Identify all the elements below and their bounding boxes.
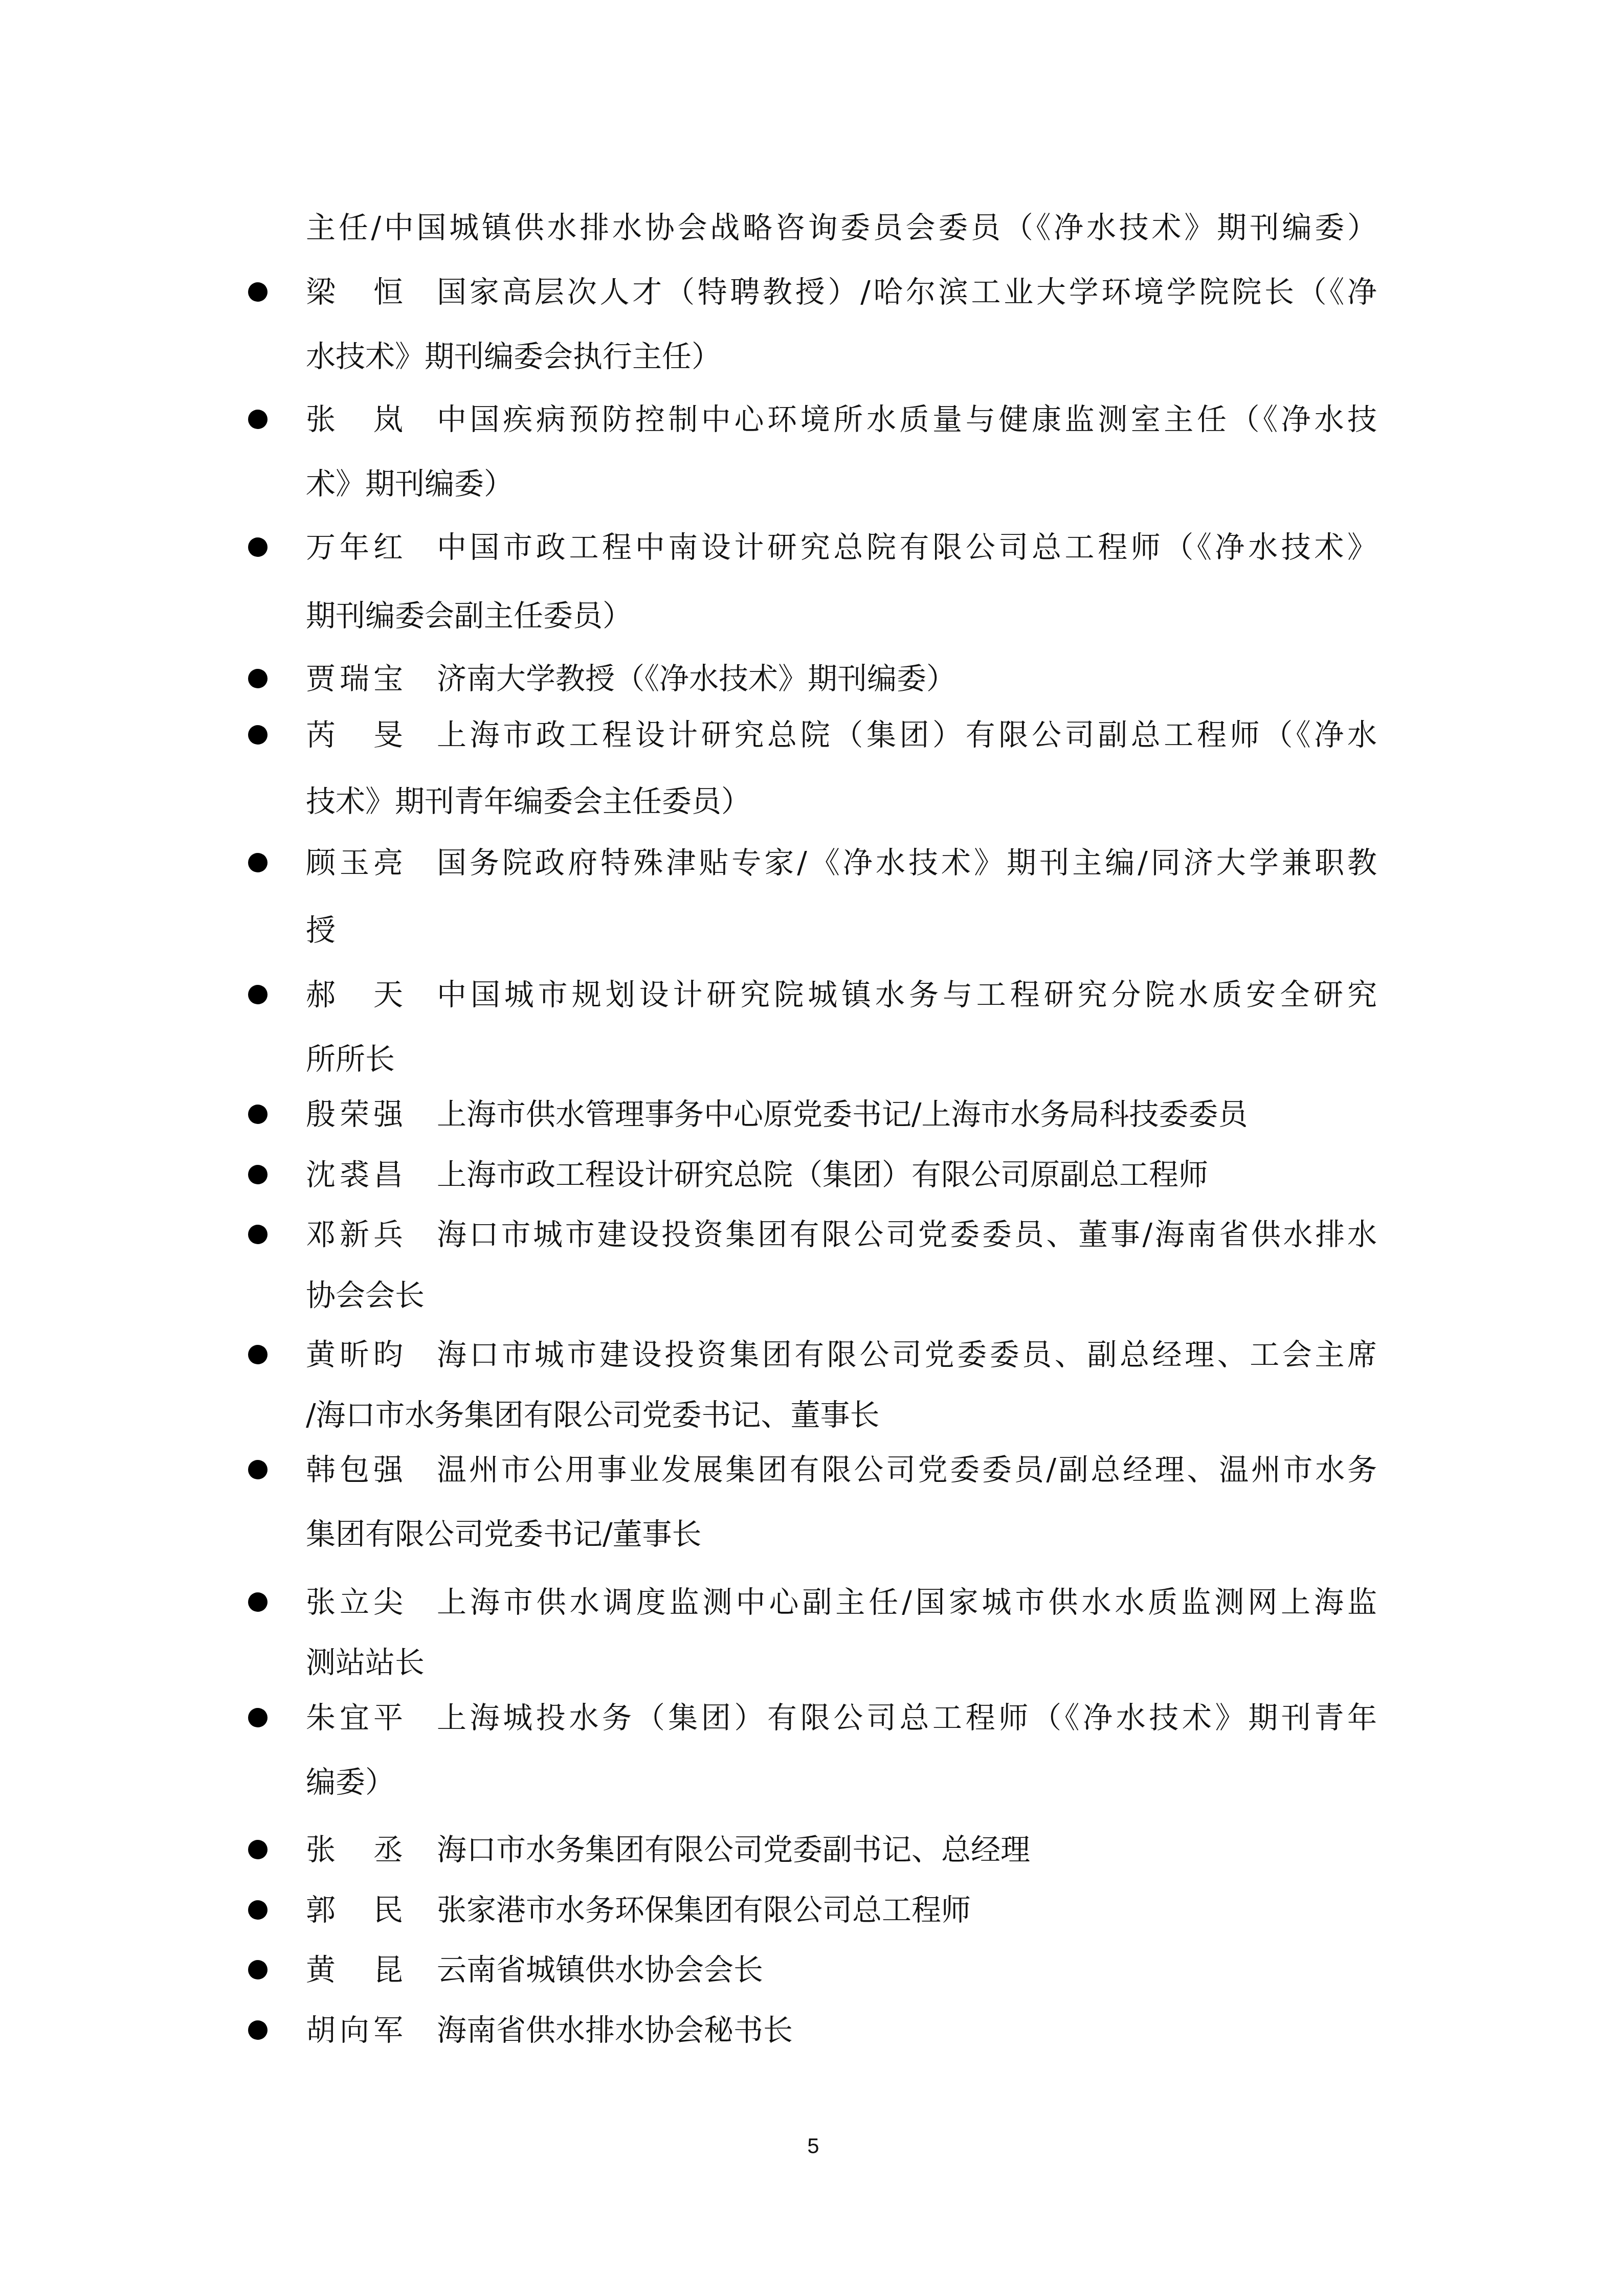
bullet-icon [248,1225,268,1244]
bullet-icon [248,1105,268,1124]
member-name: 邓新兵 [306,1217,403,1252]
member-title: 云南省城镇供水协会会长 [437,1952,1377,1988]
member-title-continued: 水技术》期刊编委会执行主任） [306,339,1377,374]
member-title: 中国疾病预防控制中心环境所水质量与健康监测室主任（《净水技 [437,401,1377,437]
member-name: 梁恒 [306,274,403,310]
member-title-continued: 集团有限公司党委书记/董事长 [306,1516,1377,1552]
member-name: 韩包强 [306,1452,403,1488]
list-item: 贾瑞宝 济南大学教授（《净水技术》期刊编委） [306,661,1377,696]
continuation-line: 主任/中国城镇供水排水协会战略咨询委员会委员（《净水技术》期刊编委） [306,210,1377,245]
member-title-continued: /海口市水务集团有限公司党委书记、董事长 [306,1397,1377,1433]
bullet-icon [248,985,268,1004]
member-name: 张丞 [306,1832,403,1867]
member-title: 国务院政府特殊津贴专家/《净水技术》期刊主编/同济大学兼职教 [437,845,1377,881]
list-item: 黄昆 云南省城镇供水协会会长 [306,1952,1377,1988]
bullet-icon [248,1900,268,1920]
bullet-icon [248,853,268,872]
bullet-icon [248,1460,268,1479]
list-item: 张立尖 上海市供水调度监测中心副主任/国家城市供水水质监测网上海监 [306,1584,1377,1620]
member-name: 沈裘昌 [306,1157,403,1192]
list-item: 芮旻 上海市政工程设计研究总院（集团）有限公司副总工程师（《净水 [306,717,1377,753]
member-title: 海口市城市建设投资集团有限公司党委委员、董事/海南省供水排水 [437,1217,1377,1252]
list-item: 顾玉亮 国务院政府特殊津贴专家/《净水技术》期刊主编/同济大学兼职教 [306,845,1377,881]
bullet-icon [248,1960,268,1979]
list-item: 邓新兵 海口市城市建设投资集团有限公司党委委员、董事/海南省供水排水 [306,1217,1377,1252]
member-title: 上海市政工程设计研究总院（集团）有限公司副总工程师（《净水 [437,717,1377,753]
member-name: 芮旻 [306,717,403,753]
member-title-continued: 测站站长 [306,1645,1377,1680]
member-title: 上海市政工程设计研究总院（集团）有限公司原副总工程师 [437,1157,1377,1192]
list-item: 郭民 张家港市水务环保集团有限公司总工程师 [306,1892,1377,1928]
member-title-continued: 技术》期刊青年编委会主任委员） [306,783,1377,819]
member-name: 黄昆 [306,1952,403,1988]
list-item: 黄昕昀 海口市城市建设投资集团有限公司党委委员、副总经理、工会主席 [306,1337,1377,1372]
list-item: 朱宜平 上海城投水务（集团）有限公司总工程师（《净水技术》期刊青年 [306,1700,1377,1736]
bullet-icon [248,1345,268,1364]
member-title: 上海市供水管理事务中心原党委书记/上海市水务局科技委委员 [437,1096,1377,1132]
member-title: 海口市城市建设投资集团有限公司党委委员、副总经理、工会主席 [437,1337,1377,1372]
member-title: 海口市水务集团有限公司党委副书记、总经理 [437,1832,1377,1867]
bullet-icon [248,1165,268,1184]
member-name: 万年红 [306,529,403,565]
bullet-icon [248,537,268,557]
member-title: 上海城投水务（集团）有限公司总工程师（《净水技术》期刊青年 [437,1700,1377,1736]
bullet-icon [248,282,268,302]
member-name: 殷荣强 [306,1096,403,1132]
bullet-icon [248,2020,268,2040]
member-title: 中国市政工程中南设计研究总院有限公司总工程师（《净水技术》 [437,529,1377,565]
member-title: 上海市供水调度监测中心副主任/国家城市供水水质监测网上海监 [437,1584,1377,1620]
list-item: 沈裘昌 上海市政工程设计研究总院（集团）有限公司原副总工程师 [306,1157,1377,1192]
member-title-continued: 编委） [306,1764,1377,1800]
member-title: 温州市公用事业发展集团有限公司党委委员/副总经理、温州市水务 [437,1452,1377,1488]
member-title-continued: 协会会长 [306,1277,1377,1313]
list-item: 胡向军 海南省供水排水协会秘书长 [306,2012,1377,2048]
member-name: 朱宜平 [306,1700,403,1736]
member-title: 张家港市水务环保集团有限公司总工程师 [437,1892,1377,1928]
list-item: 张丞 海口市水务集团有限公司党委副书记、总经理 [306,1832,1377,1867]
member-title: 济南大学教授（《净水技术》期刊编委） [437,661,1377,696]
member-title: 中国城市规划设计研究院城镇水务与工程研究分院水质安全研究 [437,977,1377,1012]
bullet-icon [248,725,268,745]
member-title-continued: 所所长 [306,1041,1377,1077]
member-name: 郭民 [306,1892,403,1928]
bullet-icon [248,669,268,688]
member-title-continued: 授 [306,912,1377,948]
page-number: 5 [803,2133,824,2159]
member-name: 贾瑞宝 [306,661,403,696]
bullet-icon [248,1840,268,1859]
member-name: 胡向军 [306,2012,403,2048]
list-item: 殷荣强 上海市供水管理事务中心原党委书记/上海市水务局科技委委员 [306,1096,1377,1132]
member-name: 张立尖 [306,1584,403,1620]
bullet-icon [248,1708,268,1727]
member-name: 张岚 [306,401,403,437]
member-title: 国家高层次人才（特聘教授）/哈尔滨工业大学环境学院院长（《净 [437,274,1377,310]
bullet-icon [248,410,268,429]
member-title-continued: 术》期刊编委） [306,466,1377,502]
list-item: 韩包强 温州市公用事业发展集团有限公司党委委员/副总经理、温州市水务 [306,1452,1377,1488]
member-name: 顾玉亮 [306,845,403,881]
member-title-continued: 期刊编委会副主任委员） [306,598,1377,634]
list-item: 万年红 中国市政工程中南设计研究总院有限公司总工程师（《净水技术》 [306,529,1377,565]
list-item: 张岚 中国疾病预防控制中心环境所水质量与健康监测室主任（《净水技 [306,401,1377,437]
member-title: 海南省供水排水协会秘书长 [437,2012,1377,2048]
bullet-icon [248,1592,268,1612]
list-item: 郝天 中国城市规划设计研究院城镇水务与工程研究分院水质安全研究 [306,977,1377,1012]
member-name: 郝天 [306,977,403,1012]
member-name: 黄昕昀 [306,1337,403,1372]
list-item: 梁恒 国家高层次人才（特聘教授）/哈尔滨工业大学环境学院院长（《净 [306,274,1377,310]
